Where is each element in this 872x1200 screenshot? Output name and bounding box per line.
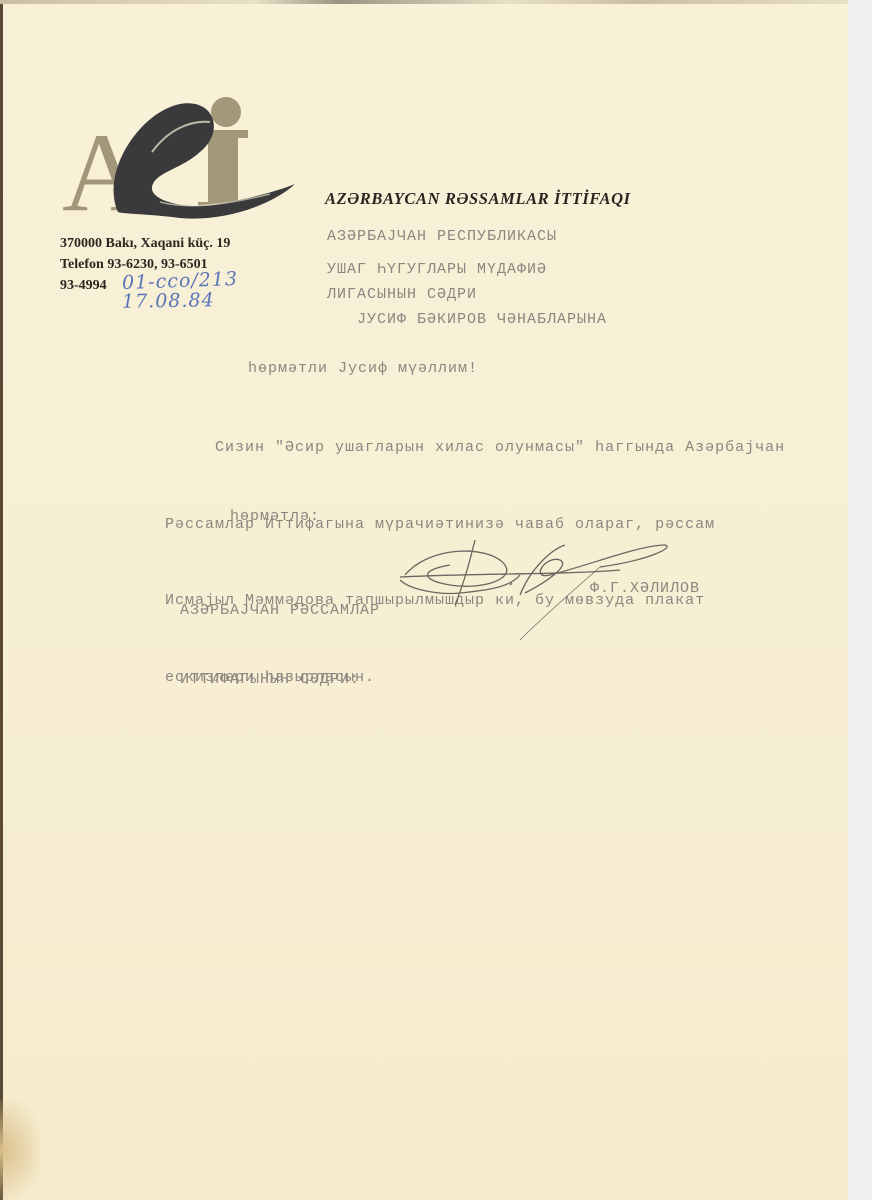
paper-stain bbox=[0, 1100, 40, 1200]
organization-title: AZƏRBAYCAN RƏSSAMLAR İTTİFAQI bbox=[325, 189, 631, 209]
paper-top-edge bbox=[0, 0, 848, 4]
body-line: Сизин "Әсир ушагларын хилас олунмасы" һа… bbox=[165, 435, 785, 461]
recipient-line-3: ЛИГАСЫНЫН СӘДРИ bbox=[327, 286, 477, 303]
signer-title-line-1: АЗӘРБАЈЧАН РӘССАМЛАР bbox=[180, 599, 380, 622]
closing: һөрмәтлә: bbox=[200, 508, 320, 525]
signer-title-line-2: ИТТИФАГЫНЫН СӘДРИ: bbox=[180, 668, 380, 691]
signature-title: АЗӘРБАЈЧАН РӘССАМЛАР ИТТИФАГЫНЫН СӘДРИ: bbox=[180, 553, 380, 737]
handwritten-date: 17.08.84 bbox=[122, 289, 215, 313]
salutation: һөрмәтли Јусиф мүәллим! bbox=[228, 360, 478, 377]
letter-page: A AZƏRBAYCAN RƏSSAMLAR İTTİFAQI 370000 B… bbox=[0, 0, 848, 1200]
union-logo-icon: A bbox=[60, 92, 310, 222]
recipient-line-1: АЗӘРБАЈЧАН РЕСПУБЛИКАСЫ bbox=[327, 228, 557, 245]
recipient-line-2: УШАГ ҺҮГУГЛАРЫ МҮДАФИӘ bbox=[327, 261, 547, 278]
street-address: 370000 Bakı, Xaqani küç. 19 bbox=[60, 233, 230, 254]
recipient-line-4: ЈУСИФ БӘКИРОВ ЧӘНАБЛАРЫНА bbox=[327, 311, 607, 328]
signer-name: Ф.Г.ХӘЛИЛОВ bbox=[590, 580, 700, 597]
